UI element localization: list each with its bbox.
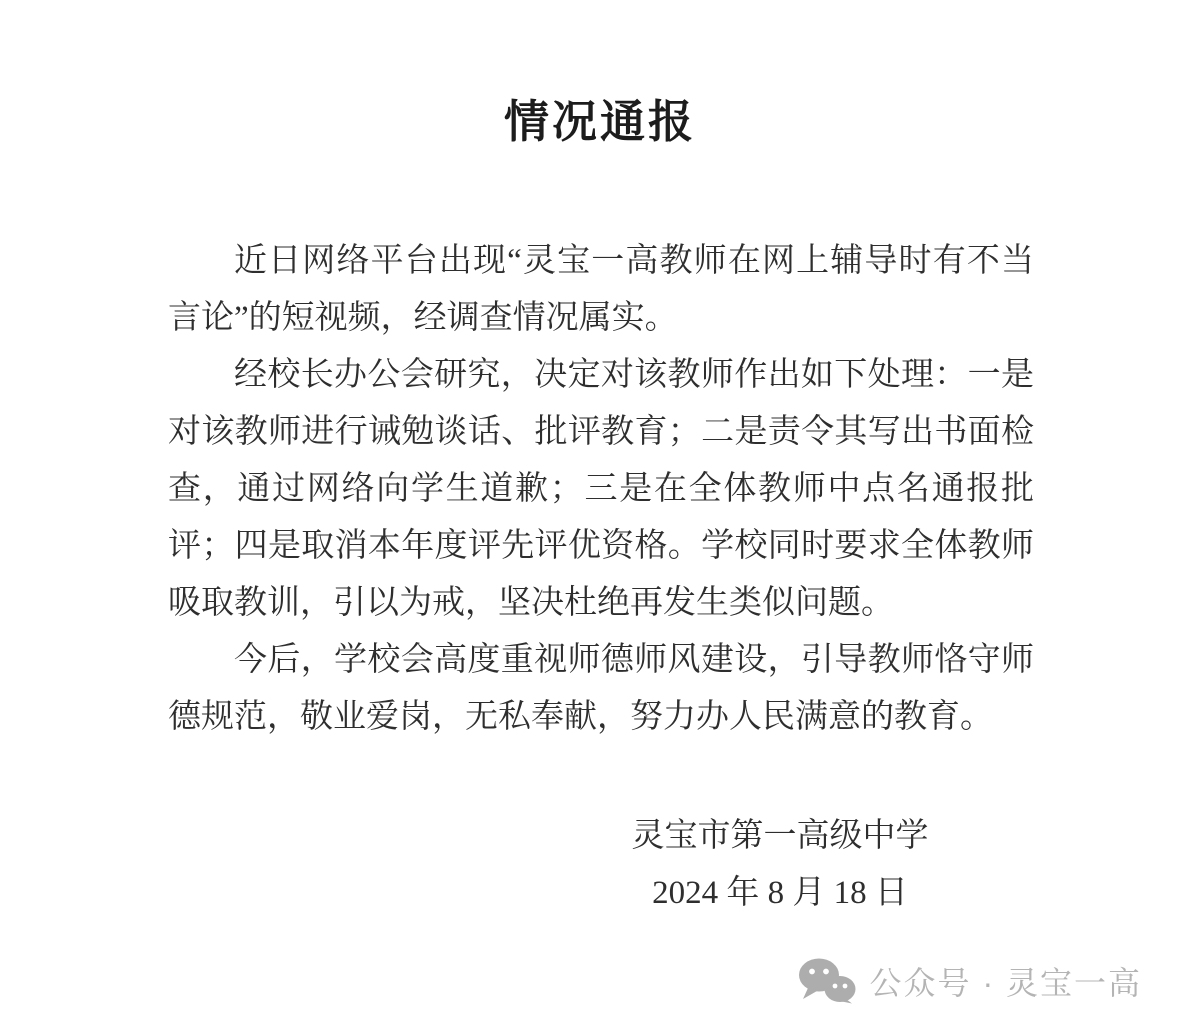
- paragraph-decisions: 经校长办公会研究，决定对该教师作出如下处理：一是对该教师进行诫勉谈话、批评教育；…: [168, 347, 1034, 632]
- document-title: 情况通报: [0, 96, 1200, 148]
- paragraph-incident: 近日网络平台出现“灵宝一高教师在网上辅导时有不当言论”的短视频，经调查情况属实。: [168, 233, 1034, 347]
- signature-date: 2024 年 8 月 18 日: [530, 865, 1030, 922]
- paragraph-future: 今后，学校会高度重视师德师风建设，引导教师恪守师德规范，敬业爱岗，无私奉献，努力…: [168, 632, 1034, 746]
- document-body: 近日网络平台出现“灵宝一高教师在网上辅导时有不当言论”的短视频，经调查情况属实。…: [168, 233, 1034, 746]
- watermark-text: 公众号 · 灵宝一高: [870, 958, 1142, 1004]
- watermark: 公众号 · 灵宝一高: [798, 958, 1142, 1004]
- signature-block: 灵宝市第一高级中学 2024 年 8 月 18 日: [530, 808, 1030, 922]
- notice-document: 情况通报 近日网络平台出现“灵宝一高教师在网上辅导时有不当言论”的短视频，经调查…: [0, 0, 1200, 1020]
- wechat-icon: [798, 958, 856, 1004]
- signature-school-name: 灵宝市第一高级中学: [530, 808, 1030, 865]
